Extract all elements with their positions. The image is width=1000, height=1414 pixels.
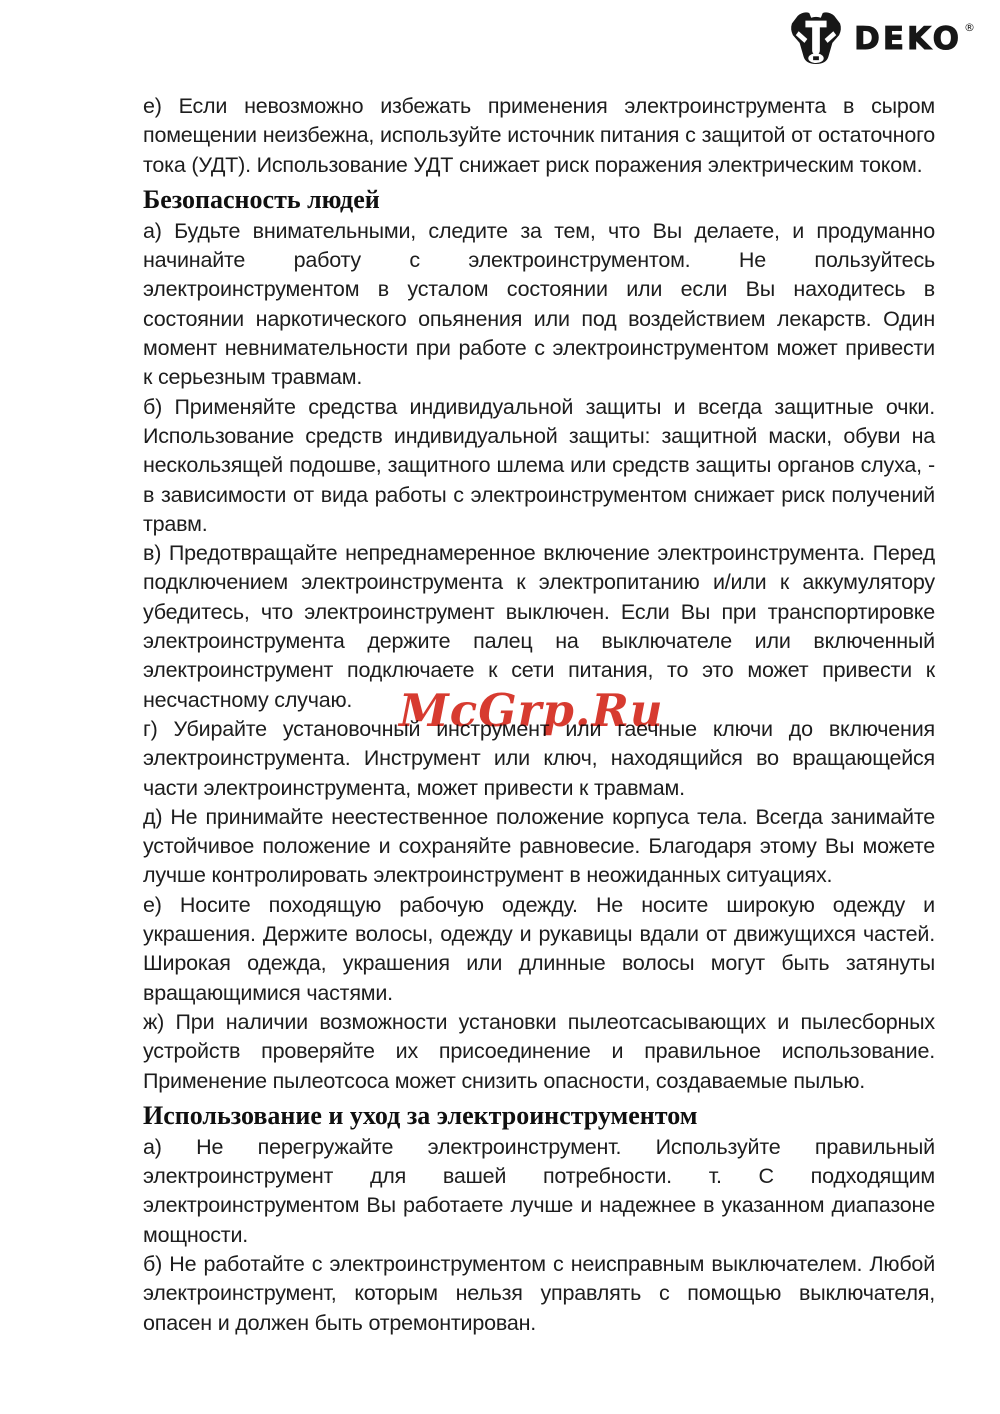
registered-trademark-symbol: ® <box>964 21 978 34</box>
deko-bull-icon <box>790 10 842 66</box>
paragraph-intro-e: е) Если невозможно избежать применения э… <box>143 92 935 180</box>
paragraph-safety-v: в) Предотвращайте непреднамеренное включ… <box>143 539 935 715</box>
paragraph-safety-g: г) Убирайте установочный инструмент или … <box>143 715 935 803</box>
manual-text: е) Если невозможно избежать применения э… <box>143 92 935 1338</box>
section-heading-people-safety: Безопасность людей <box>143 183 935 216</box>
manual-page: DEKO® е) Если невозможно избежать примен… <box>0 0 1000 1414</box>
paragraph-safety-a: а) Будьте внимательными, следите за тем,… <box>143 217 935 393</box>
paragraph-safety-zh: ж) При наличии возможности установки пыл… <box>143 1008 935 1096</box>
paragraph-safety-d: д) Не принимайте неестественное положени… <box>143 803 935 891</box>
paragraph-care-b: б) Не работайте с электроинструментом с … <box>143 1250 935 1338</box>
brand-wordmark: DEKO® <box>854 22 978 55</box>
paragraph-safety-e: е) Носите походящую рабочую одежду. Не н… <box>143 891 935 1008</box>
paragraph-safety-b: б) Применяйте средства индивидуальной за… <box>143 393 935 539</box>
paragraph-care-a: а) Не перегружайте электроинструмент. Ис… <box>143 1133 935 1250</box>
brand-logo: DEKO® <box>790 10 978 66</box>
brand-name: DEKO <box>854 21 962 57</box>
section-heading-tool-care: Использование и уход за электроинструмен… <box>143 1099 935 1132</box>
